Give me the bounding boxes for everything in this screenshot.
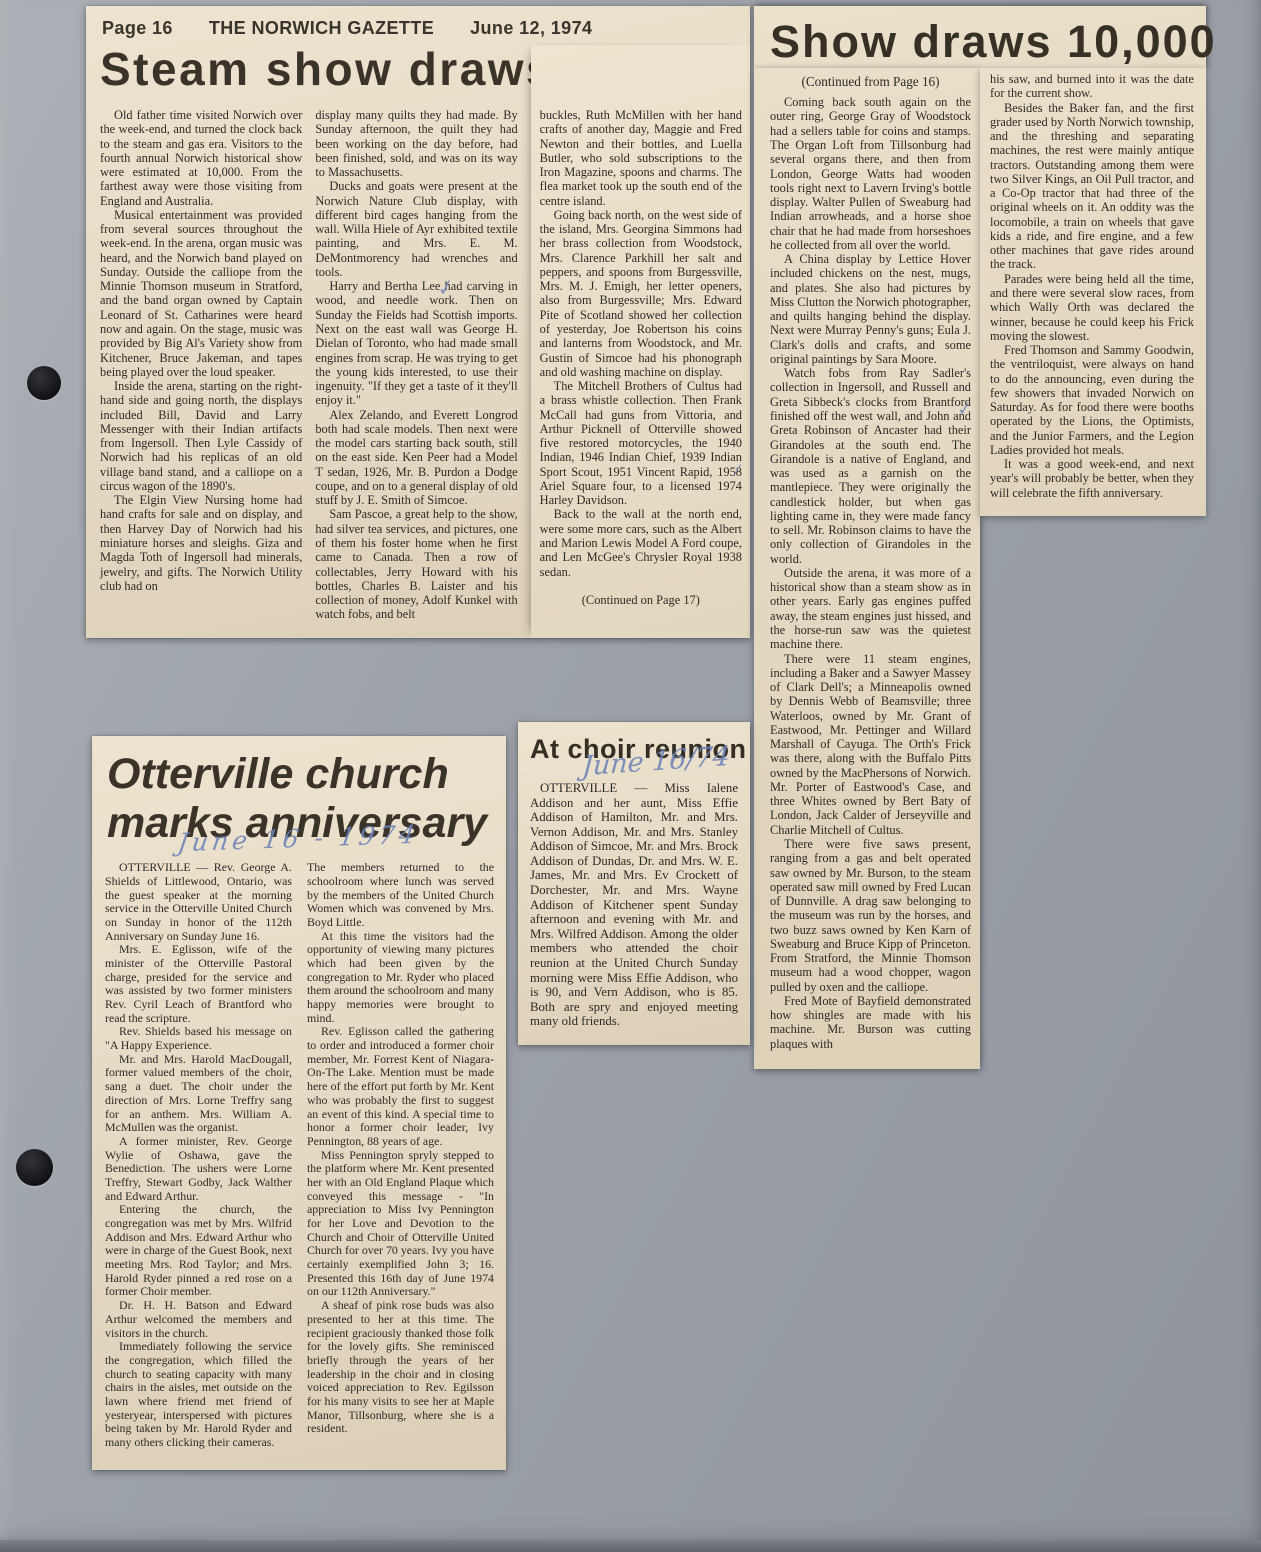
paragraph: OTTERVILLE — Rev. George A. Shields of L… xyxy=(105,861,292,943)
headline-line-1: Otterville church xyxy=(107,750,449,798)
paragraph: Besides the Baker fan, and the first gra… xyxy=(990,101,1194,272)
paragraph: Old father time visited Norwich over the… xyxy=(100,108,302,208)
paragraph: Parades were being held all the time, an… xyxy=(990,272,1194,343)
steam-column-1: Old father time visited Norwich over the… xyxy=(100,108,302,622)
headline-line-2: marks anniversary xyxy=(107,799,487,847)
paragraph: The Elgin View Nursing home had hand cra… xyxy=(100,493,302,593)
paragraph: Harry and Bertha Lee had carving in wood… xyxy=(315,279,517,407)
paragraph: Immediately following the service the co… xyxy=(105,1340,292,1450)
paragraph: A sheaf of pink rose buds was also prese… xyxy=(307,1299,494,1436)
paragraph: Back to the wall at the north end, were … xyxy=(540,507,742,578)
hole-punch-bottom xyxy=(16,1149,53,1186)
paragraph: Mrs. E. Eglisson, wife of the minister o… xyxy=(105,943,292,1025)
issue-date: June 12, 1974 xyxy=(470,18,592,39)
paragraph: Musical entertainment was provided from … xyxy=(100,208,302,379)
show-column-2: his saw, and burned into it was the date… xyxy=(980,68,1206,516)
paragraph: Rev. Shields based his message on "A Hap… xyxy=(105,1025,292,1052)
paragraph: The Mitchell Brothers of Cultus had a br… xyxy=(540,379,742,507)
pen-checkmark: ✓ xyxy=(956,397,974,421)
paragraph: A former minister, Rev. George Wylie of … xyxy=(105,1135,292,1203)
paragraph: The members returned to the schoolroom w… xyxy=(307,861,494,929)
paragraph: At this time the visitors had the opport… xyxy=(307,930,494,1026)
paragraph: buckles, Ruth McMillen with her hand cra… xyxy=(540,108,742,208)
paragraph: Inside the arena, starting on the right-… xyxy=(100,379,302,493)
otterville-column-2: The members returned to the schoolroom w… xyxy=(307,861,494,1450)
paragraph: There were 11 steam engines, including a… xyxy=(770,652,971,837)
steam-column-3: buckles, Ruth McMillen with her hand cra… xyxy=(531,45,750,638)
otterville-column-1: OTTERVILLE — Rev. George A. Shields of L… xyxy=(105,861,292,1450)
otterville-article-columns: OTTERVILLE — Rev. George A. Shields of L… xyxy=(105,861,494,1450)
hole-punch-top xyxy=(27,366,61,400)
show-headline-block: Show draws 10,000 xyxy=(754,6,1206,68)
paragraph: A China display by Lettice Hover include… xyxy=(770,252,971,366)
headline-show-draws: Show draws 10,000 xyxy=(770,16,1194,68)
clipping-steam-show: Page 16 THE NORWICH GAZETTE June 12, 197… xyxy=(86,6,750,638)
paragraph: Fred Mote of Bayfield demonstrated how s… xyxy=(770,994,971,1051)
paragraph: Miss Pennington spryly stepped to the pl… xyxy=(307,1149,494,1300)
scrapbook-page: Page 16 THE NORWICH GAZETTE June 12, 197… xyxy=(0,0,1261,1552)
choir-article-body: OTTERVILLE — Miss Ialene Addison and her… xyxy=(530,781,738,1029)
show-article-columns: (Continued from Page 16) Coming back sou… xyxy=(754,68,1206,1069)
gazette-page-header: Page 16 THE NORWICH GAZETTE June 12, 197… xyxy=(100,18,740,39)
paragraph: Ducks and goats were present at the Norw… xyxy=(315,179,517,279)
paragraph: Mr. and Mrs. Harold MacDougall, former v… xyxy=(105,1053,292,1135)
page-bottom-edge xyxy=(0,1540,1261,1552)
continued-from-note: (Continued from Page 16) xyxy=(770,74,971,89)
show-column-1: (Continued from Page 16) Coming back sou… xyxy=(754,68,980,1069)
clipping-choir-reunion: At choir reunion June 16/74 OTTERVILLE —… xyxy=(518,722,750,1045)
paragraph: Entering the church, the congregation wa… xyxy=(105,1203,292,1299)
paragraph: Dr. H. H. Batson and Edward Arthur welco… xyxy=(105,1299,292,1340)
paragraph: Fred Thomson and Sammy Goodwin, the vent… xyxy=(990,343,1194,457)
steam-article-columns: Old father time visited Norwich over the… xyxy=(100,108,740,622)
paragraph: Going back north, on the west side of th… xyxy=(540,208,742,379)
paragraph: Outside the arena, it was more of a hist… xyxy=(770,566,971,652)
paragraph: There were five saws present, ranging fr… xyxy=(770,837,971,994)
page-number: Page 16 xyxy=(102,18,173,39)
continued-on-note: (Continued on Page 17) xyxy=(540,593,742,607)
paragraph: Alex Zelando, and Everett Longrod both h… xyxy=(315,408,517,508)
headline-otterville-church: Otterville church marks anniversary xyxy=(107,750,494,847)
paragraph: It was a good week-end, and next year's … xyxy=(990,457,1194,500)
headline-choir-reunion: At choir reunion xyxy=(530,734,738,765)
paragraph: OTTERVILLE — Miss Ialene Addison and her… xyxy=(530,781,738,1029)
clipping-otterville-church: Otterville church marks anniversary June… xyxy=(92,736,506,1470)
paragraph: display many quilts they had made. By Su… xyxy=(315,108,517,179)
paragraph: Rev. Eglisson called the gathering to or… xyxy=(307,1025,494,1148)
paragraph: Coming back south again on the outer rin… xyxy=(770,95,971,252)
clipping-show-draws: Show draws 10,000 (Continued from Page 1… xyxy=(754,6,1206,1069)
paragraph: his saw, and burned into it was the date… xyxy=(990,72,1194,101)
paragraph: Sam Pascoe, a great help to the show, ha… xyxy=(315,507,517,621)
paragraph: Watch fobs from Ray Sadler's collection … xyxy=(770,366,971,566)
steam-column-2: display many quilts they had made. By Su… xyxy=(315,108,517,622)
publication-name: THE NORWICH GAZETTE xyxy=(209,18,434,39)
